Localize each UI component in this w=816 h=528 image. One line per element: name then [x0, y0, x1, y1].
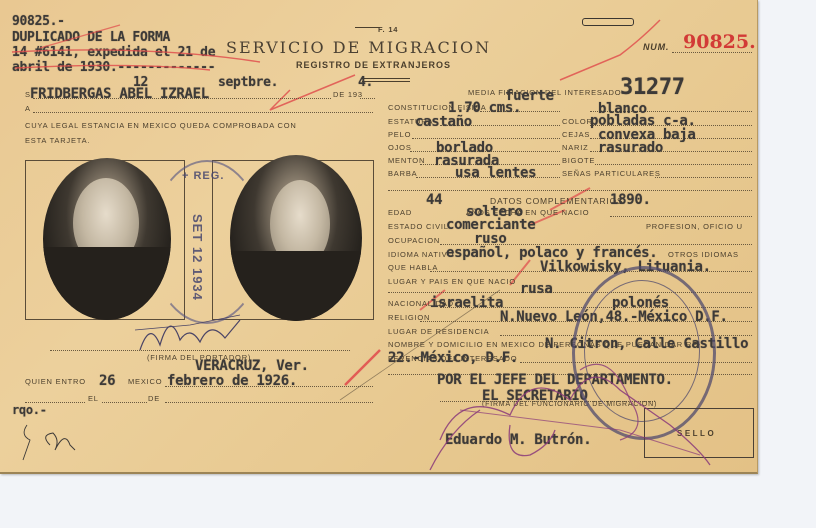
barba-value: usa lentes	[455, 165, 536, 181]
nacionalidad-value: israelita	[430, 295, 503, 311]
profesion-label: PROFESION, OFICIO U	[646, 222, 743, 231]
bigote-value: rasurado	[598, 140, 663, 156]
senas-dots	[655, 177, 752, 178]
initials-signature	[15, 415, 85, 465]
bearer-signature	[130, 300, 250, 360]
official-signature	[420, 330, 720, 474]
immigration-card: 90825.- DUPLICADO DE LA FORMA 14 #6141, …	[0, 0, 758, 474]
date-stamp-ring-text: + REG.	[182, 170, 224, 182]
lugar-label: LUGAR Y PAIS EN QUE NACIO	[388, 277, 516, 286]
cejas-label: CEJAS	[562, 130, 590, 139]
entry-label-de: DE	[148, 394, 160, 403]
birth-year: 1890.	[610, 192, 651, 208]
senas-label: SEÑAS PARTICULARES	[562, 169, 661, 178]
entry-dots-3	[102, 402, 147, 403]
bigote-label: BIGOTE	[562, 156, 595, 165]
year-dots	[360, 98, 375, 99]
staple-clip	[582, 18, 634, 26]
estado-civil-label: ESTADO CIVIL	[388, 222, 449, 231]
bigote-dots	[595, 164, 752, 165]
otros-idiomas-label: OTROS IDIOMAS	[668, 250, 739, 259]
senas-dots-2	[388, 190, 752, 191]
nariz-label: NARIZ	[562, 143, 589, 152]
pelo-dots	[412, 138, 560, 139]
issue-month: septbre.	[218, 75, 278, 90]
entry-dots-4	[165, 402, 373, 403]
legal-text-2: ESTA TARJETA.	[25, 136, 90, 145]
edad-label: EDAD	[388, 208, 412, 217]
legal-text: CUYA LEGAL ESTANCIA EN MEXICO QUEDA COMP…	[25, 121, 297, 130]
idioma-label: IDIOMA NATIVO	[388, 250, 454, 259]
lugar-value-2: rusa	[520, 281, 553, 297]
form-code: F. 14	[378, 25, 398, 34]
entry-label-quien-entro: QUIEN ENTRO	[25, 377, 86, 386]
date-stamp-text: SET 12 1934	[190, 214, 205, 301]
pelo-value: castaño	[415, 114, 472, 130]
issue-label-de193: DE 193	[333, 90, 363, 99]
lugar-dots	[388, 292, 752, 293]
holder-name: FRIDBERGAS ABEL IZRAEL	[30, 86, 209, 102]
edad-dots	[610, 216, 752, 217]
entry-port: VERACRUZ, Ver.	[195, 358, 309, 374]
issue-year-suffix: 4.	[358, 75, 373, 90]
issue-label-a: A	[25, 104, 31, 113]
ocupacion-label: OCUPACION	[388, 236, 440, 245]
entry-label-el: EL	[88, 394, 99, 403]
entry-label-mexico: MEXICO	[128, 377, 162, 386]
edad-value: 44	[426, 192, 442, 208]
pelo-label: PELO	[388, 130, 411, 139]
a-dots	[33, 112, 373, 113]
registry-number: 31277	[620, 75, 685, 100]
num-value: 90825.	[683, 31, 756, 53]
barba-label: BARBA	[388, 169, 417, 178]
page-subtitle: REGISTRO DE EXTRANJEROS	[296, 60, 451, 70]
num-label: NUM.	[643, 42, 669, 52]
entry-day: 26	[99, 373, 115, 389]
bearer-sig-dots	[50, 350, 350, 351]
form-code-rule	[355, 27, 380, 28]
entry-dots-1	[165, 386, 373, 387]
ojos-label: OJOS	[388, 143, 412, 152]
color-label: COLOR	[562, 117, 593, 126]
page-title: SERVICIO DE MIGRACION	[226, 38, 491, 57]
